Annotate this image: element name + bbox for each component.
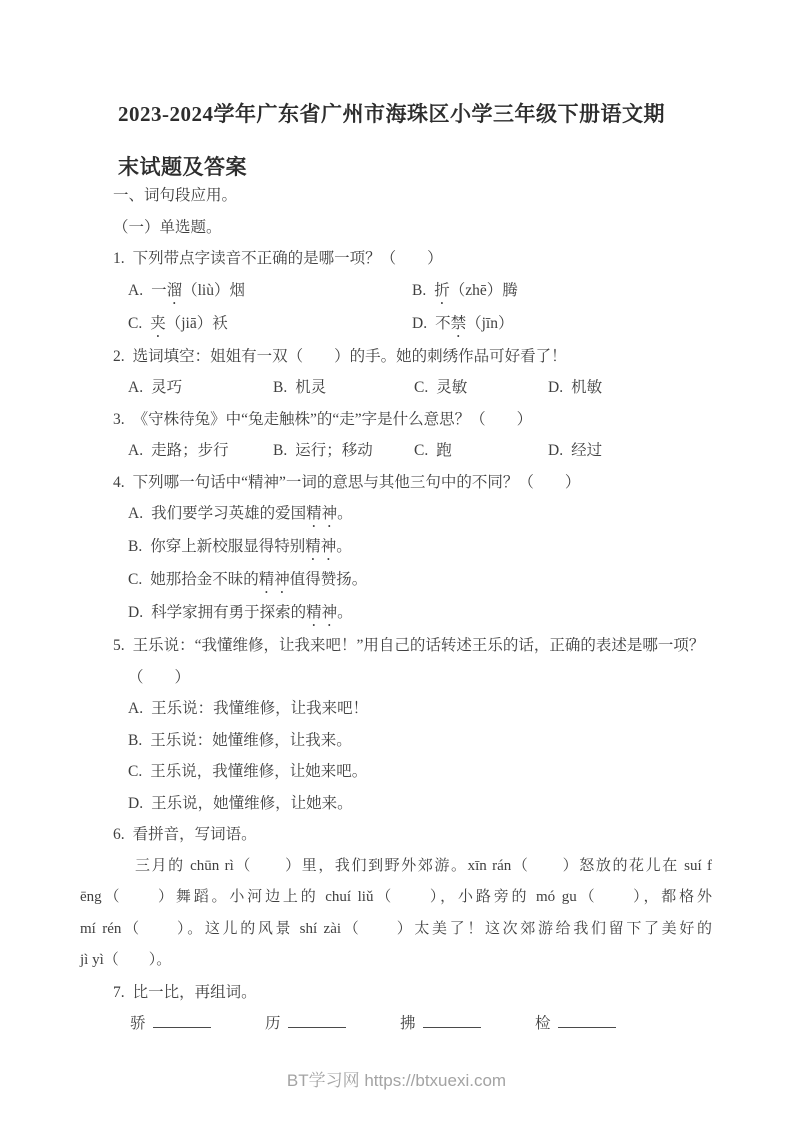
paragraph-line: jì yì（ ）。: [80, 945, 712, 977]
page-title: 2023-2024学年广东省广州市海珠区小学三年级下册语文期末试题及答案: [118, 88, 685, 194]
option-text: 你穿上新校服显得特别: [150, 538, 305, 555]
option-label: A.: [128, 505, 143, 522]
option-label: B.: [412, 282, 426, 299]
question-2: 2.选词填空：姐姐有一双（ ）的手。她的刺绣作品可好看了！: [0, 341, 793, 373]
option-text: 她那拾金不昧的: [150, 571, 259, 588]
option-text: （jiā）袄: [166, 315, 228, 332]
word-char: 历: [265, 1015, 281, 1032]
dotted-char: 夹: [150, 315, 166, 332]
word-item: 骄: [130, 1008, 265, 1040]
answer-blank: [153, 1012, 211, 1028]
option-label: A.: [128, 282, 143, 299]
dotted-word: 精神: [306, 604, 337, 621]
option-c: C.灵敏: [414, 372, 548, 404]
option-text: 一: [151, 282, 167, 299]
question-text: 王乐说：“我懂维修，让我来吧！”用自己的话转述王乐的话，正确的表述是哪一项？: [133, 637, 705, 654]
q4-option-b: B.你穿上新校服显得特别精神。: [0, 531, 793, 564]
option-label: C.: [414, 442, 428, 459]
option-text: 。: [336, 538, 352, 555]
section-heading: 一、词句段应用。: [0, 180, 793, 212]
option-a: A.一溜（liù）烟: [128, 275, 412, 308]
dotted-char: 折: [434, 282, 450, 299]
option-d: D.不禁（jīn）: [412, 315, 513, 332]
option-label: D.: [128, 604, 143, 621]
question-number: 6.: [113, 826, 125, 843]
option-text: （zhē）腾: [450, 282, 518, 299]
paragraph-line: ēng（ ）舞蹈。小河边上的 chuí liǔ（ ），小路旁的 mó gu（ ）…: [80, 882, 712, 914]
question-4: 4.下列哪一句话中“精神”一词的意思与其他三句中的不同？（ ）: [0, 467, 793, 499]
q5-answer-paren: （ ）: [0, 662, 793, 694]
word-item: 检: [535, 1008, 670, 1040]
option-b: B.机灵: [273, 372, 414, 404]
q6-pinyin-paragraph: 三月的 chūn rì（ ）里，我们到野外郊游。xīn rán（ ）怒放的花儿在…: [0, 851, 793, 977]
option-text: 王乐说，她懂维修，让她来。: [151, 795, 353, 812]
option-text: 科学家拥有勇于探索的: [151, 604, 306, 621]
option-label: D.: [412, 315, 427, 332]
question-1: 1.下列带点字读音不正确的是哪一项？（ ）: [0, 243, 793, 275]
question-text: 下列带点字读音不正确的是哪一项？（ ）: [133, 250, 443, 267]
option-label: B.: [273, 442, 287, 459]
option-label: D.: [548, 379, 563, 396]
q4-option-a: A.我们要学习英雄的爱国精神。: [0, 498, 793, 531]
option-c: C.跑: [414, 435, 548, 467]
option-b: B.折（zhē）腾: [412, 282, 518, 299]
q1-options-row-2: C.夹（jiā）袄D.不禁（jīn）: [0, 308, 793, 341]
answer-blank: [558, 1012, 616, 1028]
option-d: D.机敏: [548, 379, 602, 396]
q5-option-c: C.王乐说，我懂维修，让她来吧。: [0, 756, 793, 788]
question-7: 7.比一比，再组词。: [0, 977, 793, 1009]
word-item: 历: [265, 1008, 400, 1040]
option-text: 我们要学习英雄的爱国: [151, 505, 306, 522]
option-text: 。: [337, 604, 353, 621]
option-text: 经过: [571, 442, 602, 459]
word-char: 拂: [400, 1015, 416, 1032]
option-c: C.夹（jiā）袄: [128, 308, 412, 341]
option-label: D.: [548, 442, 563, 459]
option-label: C.: [128, 571, 142, 588]
question-6: 6.看拼音，写词语。: [0, 819, 793, 851]
exam-page: 2023-2024学年广东省广州市海珠区小学三年级下册语文期末试题及答案 一、词…: [0, 88, 793, 1040]
q5-option-a: A.王乐说：我懂维修，让我来吧！: [0, 693, 793, 725]
option-text: 王乐说：她懂维修，让我来。: [150, 732, 352, 749]
q3-options-row: A.走路；步行B.运行；移动C.跑D.经过: [0, 435, 793, 467]
question-text: 选词填空：姐姐有一双（ ）的手。她的刺绣作品可好看了！: [133, 348, 567, 365]
question-3: 3.《守株待兔》中“兔走触株”的“走”字是什么意思？（ ）: [0, 404, 793, 436]
question-text: 比一比，再组词。: [133, 984, 257, 1001]
option-text: 走路；步行: [151, 442, 229, 459]
dotted-char: 溜: [167, 282, 183, 299]
word-item: 拂: [400, 1008, 535, 1040]
option-text: 机敏: [571, 379, 602, 396]
question-number: 3.: [113, 411, 125, 428]
option-label: B.: [128, 538, 142, 555]
option-label: D.: [128, 795, 143, 812]
option-text: 王乐说：我懂维修，让我来吧！: [151, 700, 368, 717]
option-b: B.运行；移动: [273, 435, 414, 467]
option-a: A.走路；步行: [128, 435, 273, 467]
option-text: 灵巧: [151, 379, 182, 396]
option-label: A.: [128, 442, 143, 459]
option-d: D.经过: [548, 442, 602, 459]
word-char: 检: [535, 1015, 551, 1032]
question-number: 4.: [113, 474, 125, 491]
q5-option-b: B.王乐说：她懂维修，让我来。: [0, 725, 793, 757]
question-5: 5.王乐说：“我懂维修，让我来吧！”用自己的话转述王乐的话，正确的表述是哪一项？: [0, 630, 793, 662]
option-text: 王乐说，我懂维修，让她来吧。: [150, 763, 367, 780]
q2-options-row: A.灵巧B.机灵C.灵敏D.机敏: [0, 372, 793, 404]
option-label: A.: [128, 700, 143, 717]
q5-option-d: D.王乐说，她懂维修，让她来。: [0, 788, 793, 820]
subsection-heading: （一）单选题。: [0, 212, 793, 244]
option-label: B.: [128, 732, 142, 749]
option-label: C.: [414, 379, 428, 396]
dotted-word: 精神: [305, 538, 336, 555]
question-number: 5.: [113, 637, 125, 654]
option-text: 值得赞扬。: [290, 571, 368, 588]
word-char: 骄: [130, 1015, 146, 1032]
option-text: 不: [435, 315, 451, 332]
option-text: （jīn）: [466, 315, 513, 332]
option-text: 灵敏: [436, 379, 467, 396]
option-label: B.: [273, 379, 287, 396]
q4-option-d: D.科学家拥有勇于探索的精神。: [0, 597, 793, 630]
paragraph-line: mí rén（ ）。这儿的风景 shí zài（ ）太美了！这次郊游给我们留下了…: [80, 914, 712, 946]
option-label: C.: [128, 315, 142, 332]
dotted-char: 禁: [451, 315, 467, 332]
dotted-word: 精神: [259, 571, 290, 588]
question-text: 看拼音，写词语。: [133, 826, 257, 843]
q1-options-row-1: A.一溜（liù）烟B.折（zhē）腾: [0, 275, 793, 308]
site-watermark: BT学习网 https://btxuexi.com: [0, 1066, 793, 1091]
option-label: C.: [128, 763, 142, 780]
option-label: A.: [128, 379, 143, 396]
option-text: 运行；移动: [295, 442, 373, 459]
answer-blank: [423, 1012, 481, 1028]
question-text: 下列哪一句话中“精神”一词的意思与其他三句中的不同？（ ）: [133, 474, 581, 491]
option-a: A.灵巧: [128, 372, 273, 404]
option-text: 机灵: [295, 379, 326, 396]
option-text: （liù）烟: [182, 282, 245, 299]
question-text: 《守株待兔》中“兔走触株”的“走”字是什么意思？（ ）: [133, 411, 533, 428]
dotted-word: 精神: [306, 505, 337, 522]
question-number: 1.: [113, 250, 125, 267]
question-number: 2.: [113, 348, 125, 365]
option-text: 。: [337, 505, 353, 522]
option-text: 跑: [436, 442, 452, 459]
answer-blank: [288, 1012, 346, 1028]
question-number: 7.: [113, 984, 125, 1001]
q4-option-c: C.她那拾金不昧的精神值得赞扬。: [0, 564, 793, 597]
paragraph-line: 三月的 chūn rì（ ）里，我们到野外郊游。xīn rán（ ）怒放的花儿在…: [80, 851, 712, 883]
q7-word-row: 骄历拂检: [0, 1008, 793, 1040]
